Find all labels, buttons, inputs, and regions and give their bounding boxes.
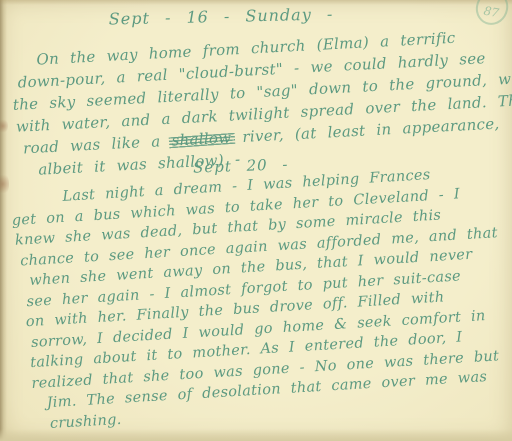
- page-left-edge-shadow: [0, 0, 7, 441]
- entry-date-heading-sept-16: Sept - 16 - Sunday -: [0, 2, 442, 31]
- page-number-value: 87: [483, 4, 500, 20]
- scratched-out-word: shallow: [171, 127, 232, 152]
- edge-smudge: [0, 172, 9, 196]
- entry-sept-20-body: Last night a dream - I was helping Franc…: [10, 160, 512, 435]
- diary-page: 87 Sept - 16 - Sunday - On the way home …: [0, 0, 512, 441]
